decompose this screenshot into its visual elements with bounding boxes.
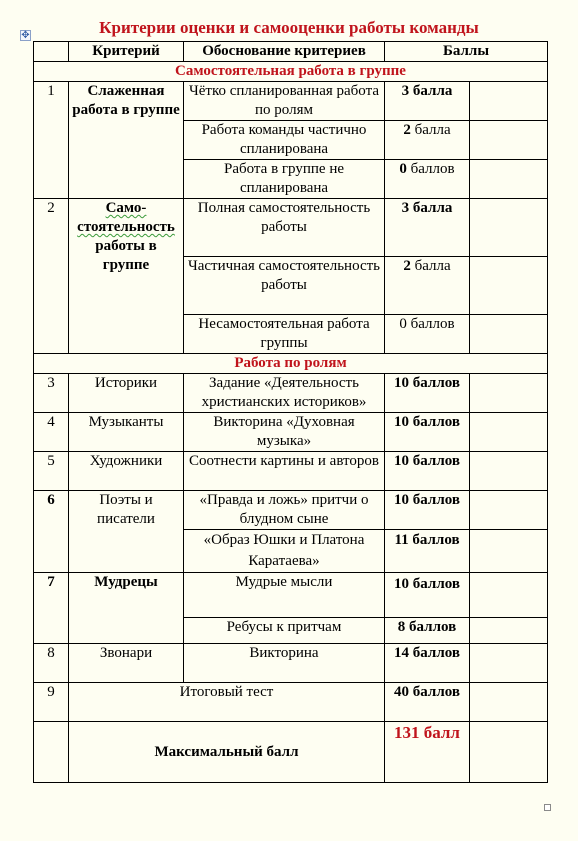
final-test-cell: Итоговый тест (69, 683, 385, 722)
header-points: Баллы (385, 42, 548, 62)
points-cell: 0 баллов (385, 315, 470, 354)
rationale-cell: «Образ Юшки и Платона Каратаева» (184, 530, 385, 573)
rationale-cell: Полная самостоятельность работы (184, 199, 385, 257)
points-cell: 10 баллов (385, 413, 470, 452)
score-input-cell[interactable] (470, 374, 548, 413)
table-row: 1 Слаженная работа в группе Чётко сплани… (34, 82, 548, 121)
rationale-cell: Мудрые мысли (184, 573, 385, 618)
header-rationale: Обоснование критериев (184, 42, 385, 62)
points-cell: 0 баллов (385, 160, 470, 199)
criterion-cell: Художники (69, 452, 184, 491)
row-num: 9 (34, 683, 69, 722)
score-input-cell[interactable] (470, 491, 548, 530)
score-input-cell[interactable] (470, 683, 548, 722)
section-row: Работа по ролям (34, 354, 548, 374)
criterion-cell: Слаженная работа в группе (69, 82, 184, 199)
rationale-cell: Чётко спланированная работа по ролям (184, 82, 385, 121)
row-num: 4 (34, 413, 69, 452)
score-input-cell[interactable] (470, 160, 548, 199)
score-input-cell[interactable] (470, 82, 548, 121)
rationale-cell: Соотнести картины и авторов (184, 452, 385, 491)
row-num: 6 (34, 491, 69, 573)
table-row: 2 Само-стоятельностьработы в группе Полн… (34, 199, 548, 257)
rationale-cell: Частичная самостоятельность работы (184, 257, 385, 315)
table-row: 4 Музыканты Викторина «Духовная музыка» … (34, 413, 548, 452)
total-row: Максимальный балл 131 балл (34, 722, 548, 783)
total-points: 131 балл (385, 722, 470, 783)
row-num: 5 (34, 452, 69, 491)
total-num-cell (34, 722, 69, 783)
points-cell: 40 баллов (385, 683, 470, 722)
header-num (34, 42, 69, 62)
header-row: Критерий Обоснование критериев Баллы (34, 42, 548, 62)
points-cell: 3 балла (385, 82, 470, 121)
criterion-cell: Историки (69, 374, 184, 413)
score-input-cell[interactable] (470, 315, 548, 354)
rationale-cell: Работа команды частично спланирована (184, 121, 385, 160)
score-input-cell[interactable] (470, 121, 548, 160)
score-input-cell[interactable] (470, 573, 548, 618)
total-label: Максимальный балл (69, 722, 385, 783)
points-cell: 8 баллов (385, 618, 470, 644)
score-input-cell[interactable] (470, 257, 548, 315)
points-cell: 14 баллов (385, 644, 470, 683)
row-num: 8 (34, 644, 69, 683)
table-resize-icon[interactable] (544, 804, 551, 811)
table-row: 5 Художники Соотнести картины и авторов … (34, 452, 548, 491)
points-cell: 2 балла (385, 257, 470, 315)
table-row: 3 Историки Задание «Деятельность христиа… (34, 374, 548, 413)
points-cell: 10 баллов (385, 374, 470, 413)
document-title: Критерии оценки и самооценки работы кома… (0, 18, 578, 38)
score-input-cell[interactable] (470, 452, 548, 491)
score-input-cell[interactable] (470, 413, 548, 452)
row-num: 7 (34, 573, 69, 644)
table-row: 9 Итоговый тест 40 баллов (34, 683, 548, 722)
row-num: 3 (34, 374, 69, 413)
points-cell: 11 баллов (385, 530, 470, 573)
criterion-cell: Музыканты (69, 413, 184, 452)
section-row: Самостоятельная работа в группе (34, 62, 548, 82)
table-row: 8 Звонари Викторина 14 баллов (34, 644, 548, 683)
criterion-cell: Звонари (69, 644, 184, 683)
points-cell: 3 балла (385, 199, 470, 257)
points-cell: 2 балла (385, 121, 470, 160)
table-move-icon[interactable]: ✥ (20, 30, 31, 41)
row-num: 2 (34, 199, 69, 354)
score-input-cell[interactable] (470, 618, 548, 644)
score-input-cell[interactable] (470, 722, 548, 783)
criterion-cell: Мудрецы (69, 573, 184, 644)
rationale-cell: Викторина (184, 644, 385, 683)
criterion-cell: Само-стоятельностьработы в группе (69, 199, 184, 354)
table-row: 7 Мудрецы Мудрые мысли 10 баллов (34, 573, 548, 618)
points-cell: 10 баллов (385, 452, 470, 491)
rationale-cell: «Правда и ложь» притчи о блудном сыне (184, 491, 385, 530)
table-row: 6 Поэты и писатели «Правда и ложь» притч… (34, 491, 548, 530)
section-group-work: Самостоятельная работа в группе (34, 62, 548, 82)
header-criterion: Критерий (69, 42, 184, 62)
criteria-table: Критерий Обоснование критериев Баллы Сам… (33, 41, 548, 783)
points-cell: 10 баллов (385, 491, 470, 530)
rationale-cell: Работа в группе не спланирована (184, 160, 385, 199)
score-input-cell[interactable] (470, 644, 548, 683)
row-num: 1 (34, 82, 69, 199)
criterion-cell: Поэты и писатели (69, 491, 184, 573)
rationale-cell: Викторина «Духовная музыка» (184, 413, 385, 452)
rationale-cell: Задание «Деятельность христианских истор… (184, 374, 385, 413)
score-input-cell[interactable] (470, 199, 548, 257)
points-cell: 10 баллов (385, 573, 470, 618)
section-roles: Работа по ролям (34, 354, 548, 374)
rationale-cell: Ребусы к притчам (184, 618, 385, 644)
score-input-cell[interactable] (470, 530, 548, 573)
rationale-cell: Несамостоятельная работа группы (184, 315, 385, 354)
